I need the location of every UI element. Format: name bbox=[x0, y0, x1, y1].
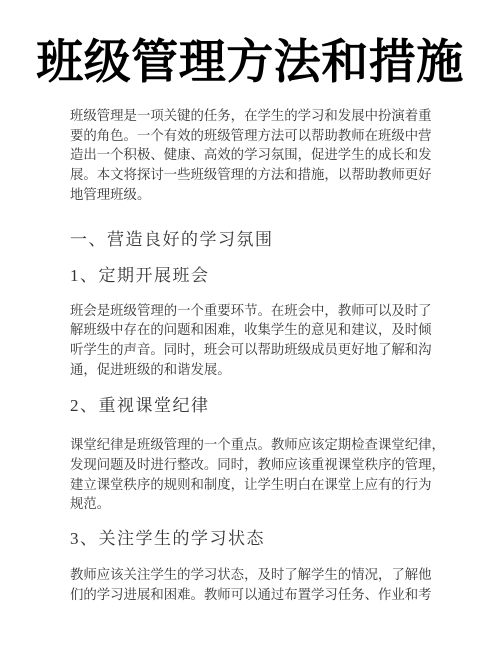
section-heading-learning-atmosphere: 一、营造良好的学习氛围 bbox=[70, 229, 435, 251]
document-title: 班级管理方法和措施 bbox=[14, 34, 486, 90]
intro-paragraph: 班级管理是一项关键的任务，在学生的学习和发展中扮演着重 要的角色。一个有效的班级… bbox=[70, 106, 435, 205]
subsection-heading-classroom-discipline: 2、重视课堂纪律 bbox=[70, 395, 435, 417]
document-page: 班级管理方法和措施 班级管理是一项关键的任务，在学生的学习和发展中扮演着重 要的… bbox=[0, 0, 500, 653]
learning-status-paragraph: 教师应该关注学生的学习状态，及时了解学生的情况，了解他 们的学习进展和困难。教师… bbox=[70, 565, 435, 604]
subsection-heading-class-meeting: 1、定期开展班会 bbox=[70, 265, 435, 287]
class-meeting-paragraph: 班会是班级管理的一个重要环节。在班会中，教师可以及时了 解班级中存在的问题和困难… bbox=[70, 301, 435, 380]
classroom-discipline-paragraph: 课堂纪律是班级管理的一个重点。教师应该定期检查课堂纪律， 发现问题及时进行整改。… bbox=[70, 435, 435, 514]
subsection-heading-learning-status: 3、关注学生的学习状态 bbox=[70, 528, 435, 550]
document-body: 班级管理是一项关键的任务，在学生的学习和发展中扮演着重 要的角色。一个有效的班级… bbox=[0, 106, 500, 605]
